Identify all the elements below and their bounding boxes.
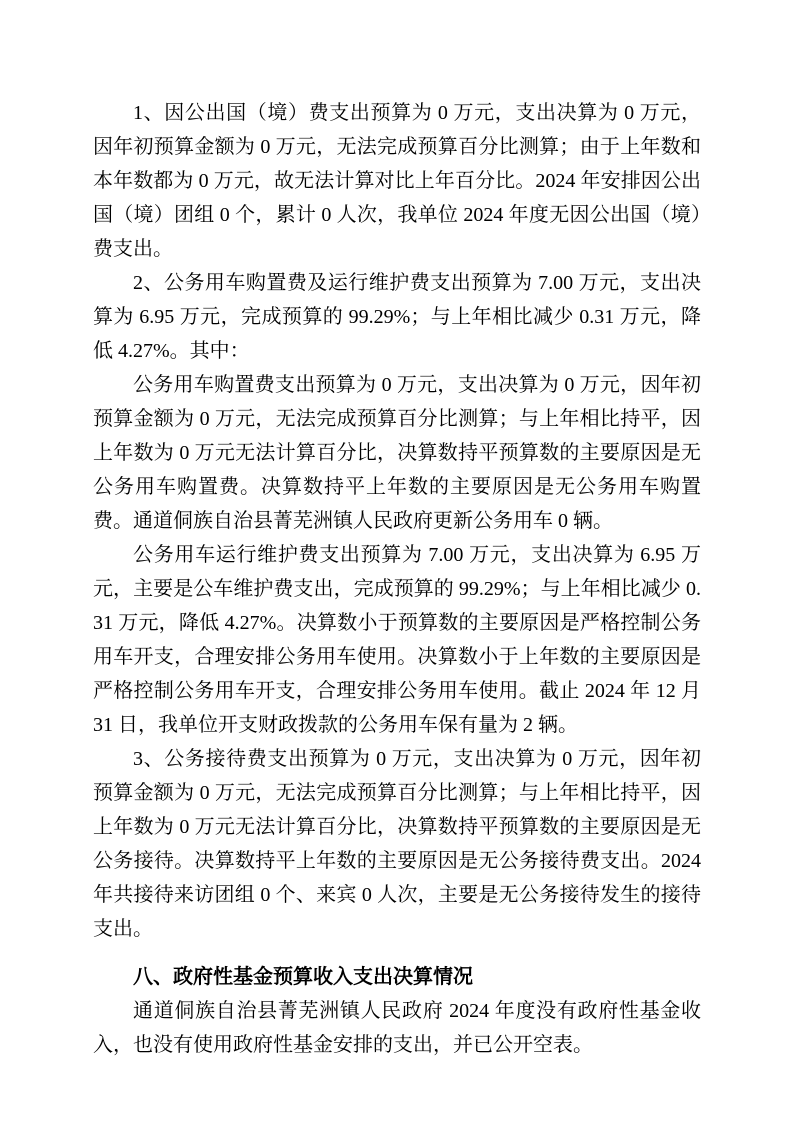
paragraph-official-vehicle-total: 2、公务用车购置费及运行维护费支出预算为 7.00 万元，支出决算为 6.95 …	[93, 266, 701, 368]
paragraph-government-fund-statement: 通道侗族自治县菁芜洲镇人民政府 2024 年度没有政府性基金收入，也没有使用政府…	[93, 994, 701, 1062]
paragraph-vehicle-maintenance-expense: 公务用车运行维护费支出预算为 7.00 万元，支出决算为 6.95 万元，主要是…	[93, 538, 701, 742]
document-content: 1、因公出国（境）费支出预算为 0 万元，支出决算为 0 万元，因年初预算金额为…	[93, 96, 701, 1062]
document-page: 1、因公出国（境）费支出预算为 0 万元，支出决算为 0 万元，因年初预算金额为…	[0, 0, 793, 1122]
section-heading-government-fund-budget: 八、政府性基金预算收入支出决算情况	[93, 960, 701, 994]
paragraph-overseas-travel-expense: 1、因公出国（境）费支出预算为 0 万元，支出决算为 0 万元，因年初预算金额为…	[93, 96, 701, 266]
paragraph-official-reception-expense: 3、公务接待费支出预算为 0 万元，支出决算为 0 万元，因年初预算金额为 0 …	[93, 742, 701, 946]
paragraph-vehicle-purchase-expense: 公务用车购置费支出预算为 0 万元，支出决算为 0 万元，因年初预算金额为 0 …	[93, 368, 701, 538]
